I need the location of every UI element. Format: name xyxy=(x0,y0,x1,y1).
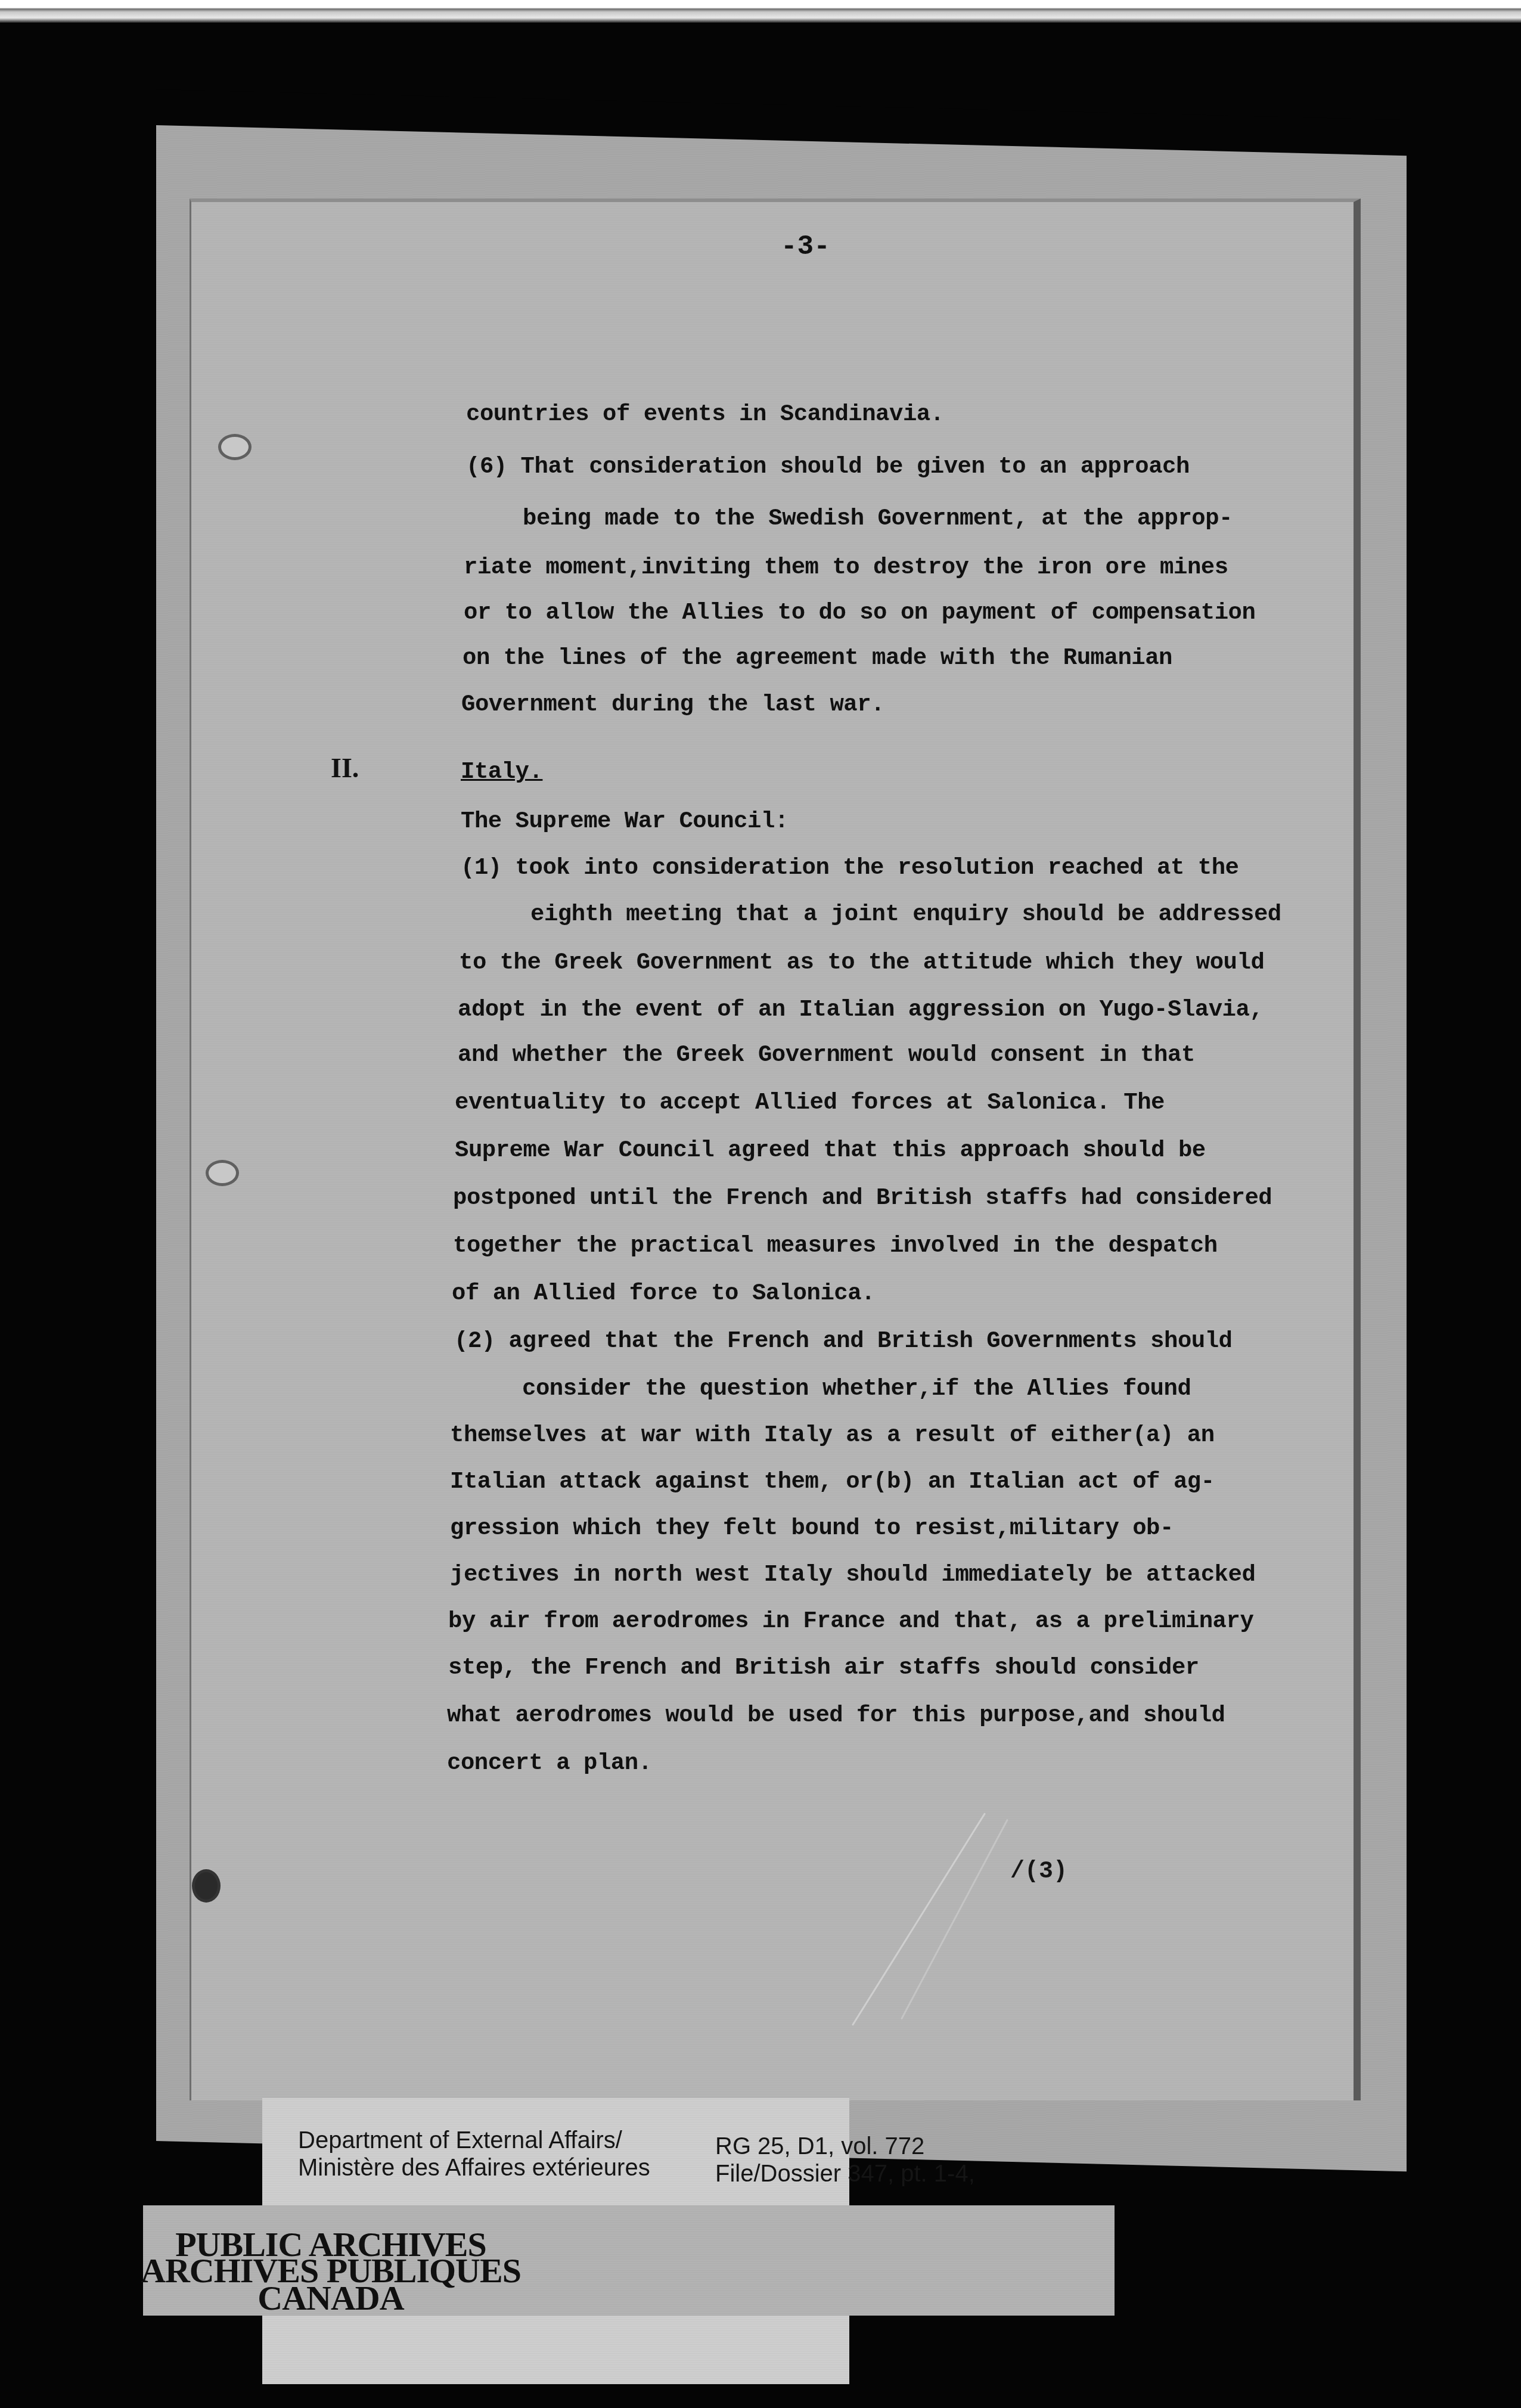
item-2-line: themselves at war with Italy as a result… xyxy=(450,1411,1215,1459)
reference-volume: RG 25, D1, vol. 772 xyxy=(715,2133,924,2160)
item-2-line: by air from aerodromes in France and tha… xyxy=(448,1597,1253,1645)
item-2-line: concert a plan. xyxy=(447,1739,652,1787)
item-1-line: eventuality to accept Allied forces at S… xyxy=(455,1079,1165,1127)
item-2-line: what aerodromes would be used for this p… xyxy=(447,1692,1225,1739)
section-number: II. xyxy=(331,752,359,784)
item-1-line: (1) took into consideration the resoluti… xyxy=(461,844,1239,892)
body-line: or to allow the Allies to do so on payme… xyxy=(464,589,1255,637)
punch-hole-icon xyxy=(206,1160,239,1186)
item-1-line: eighth meeting that a joint enquiry shou… xyxy=(530,890,1281,938)
item-1-line: of an Allied force to Salonica. xyxy=(452,1270,875,1317)
item-1-line: adopt in the event of an Italian aggress… xyxy=(458,986,1263,1034)
reference-file: File/Dossier 347, pt. 1-4, xyxy=(715,2160,975,2187)
department-fr: Ministère des Affaires extérieures xyxy=(298,2154,650,2182)
item-2-line: step, the French and British air staffs … xyxy=(448,1644,1199,1692)
section-title: Italy. xyxy=(461,748,542,796)
stamp-line-3: CANADA xyxy=(0,2282,817,2315)
item-2-line: gression which they felt bound to resist… xyxy=(450,1504,1174,1552)
body-line: on the lines of the agreement made with … xyxy=(462,634,1172,682)
item-1-line: Supreme War Council agreed that this app… xyxy=(455,1127,1206,1174)
item-2-line: (2) agreed that the French and British G… xyxy=(454,1317,1233,1365)
body-line: being made to the Swedish Government, at… xyxy=(523,495,1233,542)
department-en: Department of External Affairs/ xyxy=(298,2127,622,2154)
item-1-line: together the practical measures involved… xyxy=(453,1222,1218,1270)
item-2-line: Italian attack against them, or(b) an It… xyxy=(450,1458,1215,1506)
body-line: countries of events in Scandinavia. xyxy=(466,390,944,438)
item-1-line: postponed until the French and British s… xyxy=(453,1174,1272,1222)
page-number: -3- xyxy=(781,231,830,262)
item-1-line: to the Greek Government as to the attitu… xyxy=(459,939,1264,986)
punch-hole-icon xyxy=(218,434,252,460)
body-line: Government during the last war. xyxy=(461,681,884,728)
body-line: (6) That consideration should be given t… xyxy=(466,443,1190,491)
item-2-line: jectives in north west Italy should imme… xyxy=(450,1551,1255,1599)
body-line: riate moment,inviting them to destroy th… xyxy=(464,544,1228,591)
item-2-line: consider the question whether,if the All… xyxy=(522,1365,1191,1413)
section-intro: The Supreme War Council: xyxy=(461,798,789,845)
film-strip-edge xyxy=(0,0,1521,23)
continuation-marker: /(3) xyxy=(1010,1858,1067,1885)
item-1-line: and whether the Greek Government would c… xyxy=(458,1031,1195,1079)
punch-hole-icon xyxy=(192,1869,221,1903)
